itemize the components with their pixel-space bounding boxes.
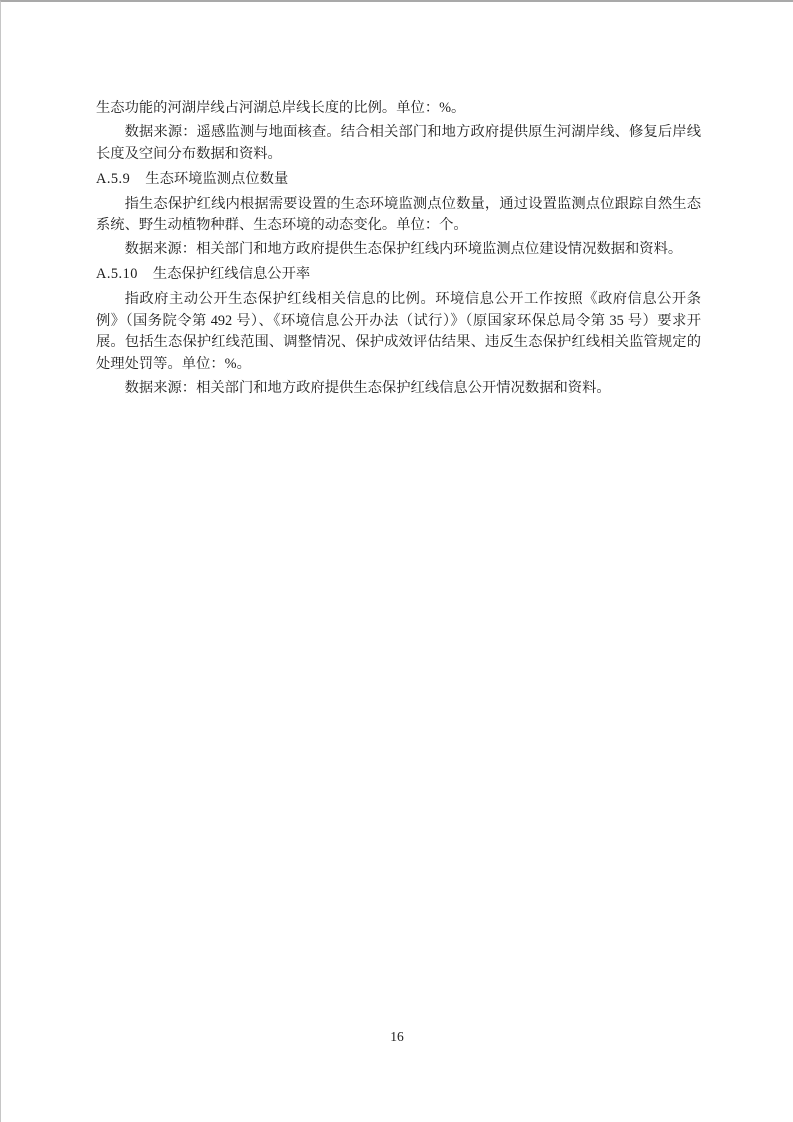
clause-number: A.5.9 <box>96 171 130 187</box>
clause-title: 生态环境监测点位数量 <box>145 171 288 187</box>
document-page: 生态功能的河湖岸线占河湖总岸线长度的比例。单位：%。 数据来源：遥感监测与地面核… <box>0 0 793 1122</box>
clause-title: 生态保护红线信息公开率 <box>153 266 310 282</box>
paragraph-data-source: 数据来源：相关部门和地方政府提供生态保护红线内环境监测点位建设情况数据和资料。 <box>96 239 701 261</box>
paragraph-data-source: 数据来源：遥感监测与地面核查。结合相关部门和地方政府提供原生河湖岸线、修复后岸线… <box>96 122 701 165</box>
page-content: 生态功能的河湖岸线占河湖总岸线长度的比例。单位：%。 数据来源：遥感监测与地面核… <box>96 98 701 402</box>
paragraph-definition: 指生态保护红线内根据需要设置的生态环境监测点位数量，通过设置监测点位跟踪自然生态… <box>96 194 701 237</box>
paragraph-definition: 指政府主动公开生态保护红线相关信息的比例。环境信息公开工作按照《政府信息公开条例… <box>96 289 701 375</box>
clause-heading-a-5-9: A.5.9生态环境监测点位数量 <box>96 169 701 191</box>
paragraph-data-source: 数据来源：相关部门和地方政府提供生态保护红线信息公开情况数据和资料。 <box>96 378 701 400</box>
paragraph-continuation: 生态功能的河湖岸线占河湖总岸线长度的比例。单位：%。 <box>96 98 701 120</box>
clause-heading-a-5-10: A.5.10生态保护红线信息公开率 <box>96 264 701 286</box>
clause-number: A.5.10 <box>96 266 138 282</box>
page-number: 16 <box>1 1029 793 1045</box>
